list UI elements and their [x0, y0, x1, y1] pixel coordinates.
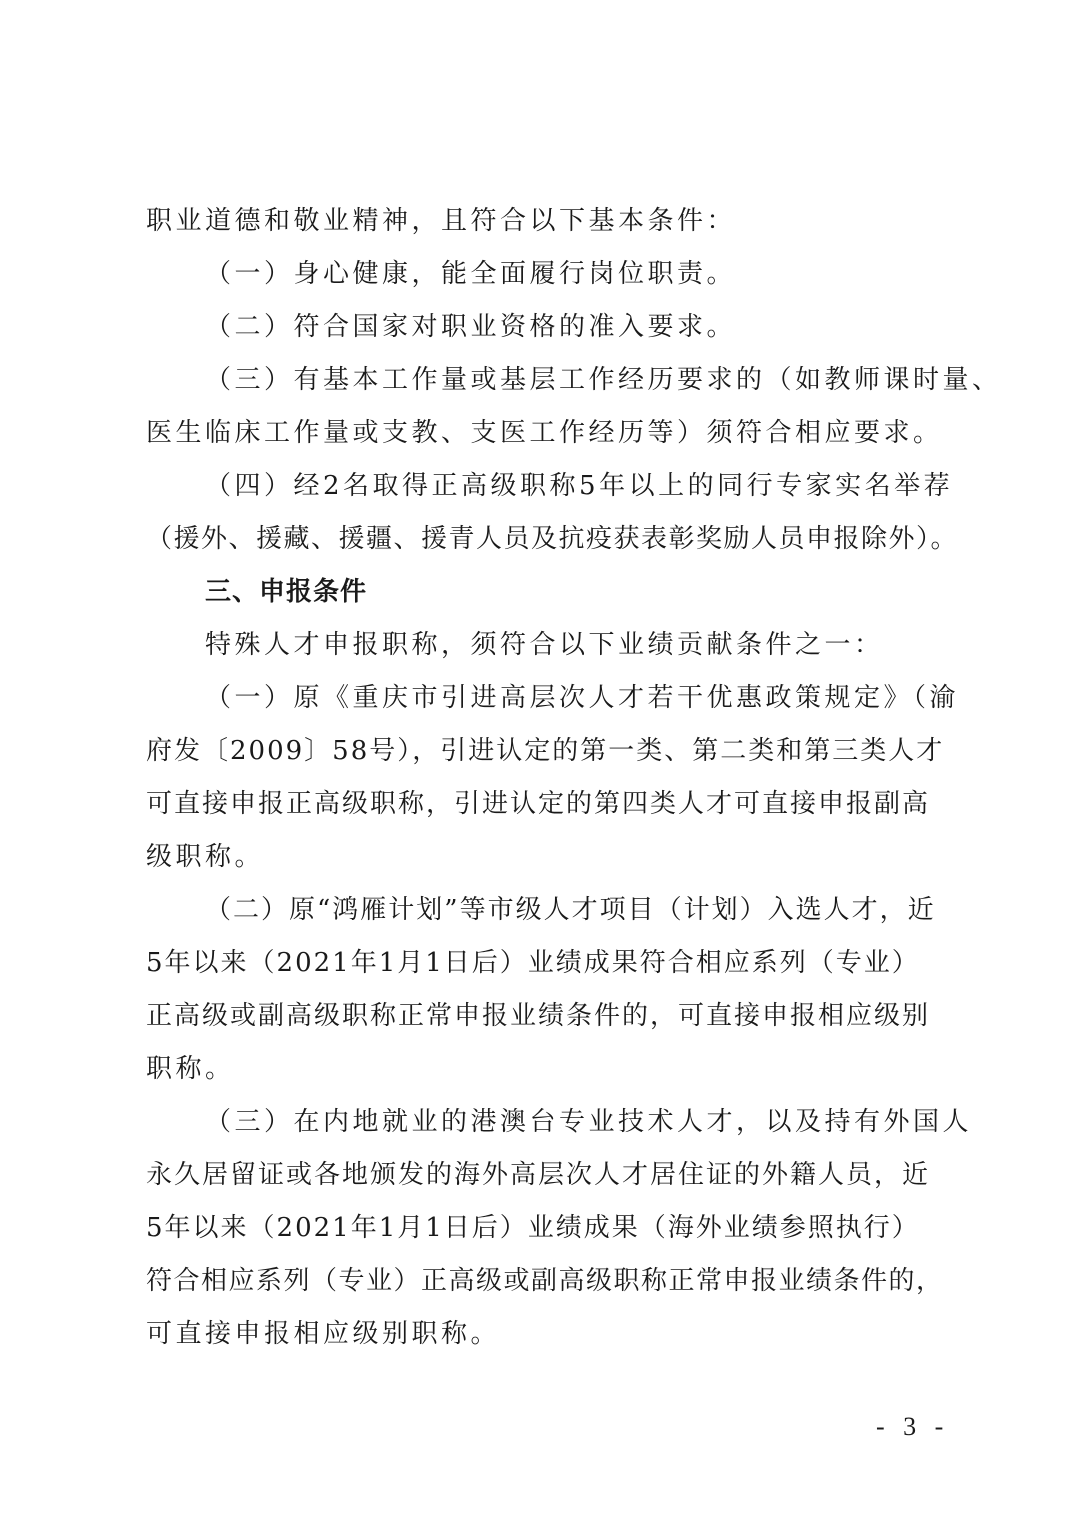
condition-item-4-cont: （援外、援藏、援疆、援青人员及抗疫获表彰奖励人员申报除外）。	[146, 522, 946, 556]
requirement-item-3-cont: 永久居留证或各地颁发的海外高层次人才居住证的外籍人员，近	[146, 1158, 946, 1192]
condition-item-4: （四）经2名取得正高级职称5年以上的同行专家实名举荐	[205, 469, 945, 503]
requirement-item-2-cont: 职称。	[146, 1052, 946, 1086]
requirement-item-3-cont: 符合相应系列（专业）正高级或副高级职称正常申报业绩条件的，	[146, 1264, 946, 1298]
requirement-item-3-cont: 可直接申报相应级别职称。	[146, 1317, 946, 1351]
page-number: - 3 -	[876, 1412, 949, 1442]
requirement-item-3: （三）在内地就业的港澳台专业技术人才，以及持有外国人	[205, 1105, 945, 1139]
section-intro: 特殊人才申报职称，须符合以下业绩贡献条件之一：	[205, 628, 945, 662]
requirement-item-1-cont: 级职称。	[146, 840, 946, 874]
requirement-item-1-cont: 可直接申报正高级职称，引进认定的第四类人才可直接申报副高	[146, 787, 946, 821]
document-page: 职业道德和敬业精神，且符合以下基本条件： （一）身心健康，能全面履行岗位职责。 …	[0, 0, 1074, 1520]
requirement-item-3-cont: 5年以来（2021年1月1日后）业绩成果（海外业绩参照执行）	[146, 1211, 946, 1245]
requirement-item-1: （一）原《重庆市引进高层次人才若干优惠政策规定》（渝	[205, 681, 945, 715]
condition-item-1: （一）身心健康，能全面履行岗位职责。	[205, 257, 945, 291]
section-heading: 三、申报条件	[205, 575, 945, 609]
requirement-item-2-cont: 正高级或副高级职称正常申报业绩条件的，可直接申报相应级别	[146, 999, 946, 1033]
paragraph-line: 职业道德和敬业精神，且符合以下基本条件：	[146, 204, 946, 238]
condition-item-3-cont: 医生临床工作量或支教、支医工作经历等）须符合相应要求。	[146, 416, 946, 450]
requirement-item-1-cont: 府发〔2009〕58号），引进认定的第一类、第二类和第三类人才	[146, 734, 946, 768]
condition-item-2: （二）符合国家对职业资格的准入要求。	[205, 310, 945, 344]
condition-item-3: （三）有基本工作量或基层工作经历要求的（如教师课时量、	[205, 363, 945, 397]
requirement-item-2: （二）原“鸿雁计划”等市级人才项目（计划）入选人才，近	[205, 893, 945, 927]
requirement-item-2-cont: 5年以来（2021年1月1日后）业绩成果符合相应系列（专业）	[146, 946, 946, 980]
